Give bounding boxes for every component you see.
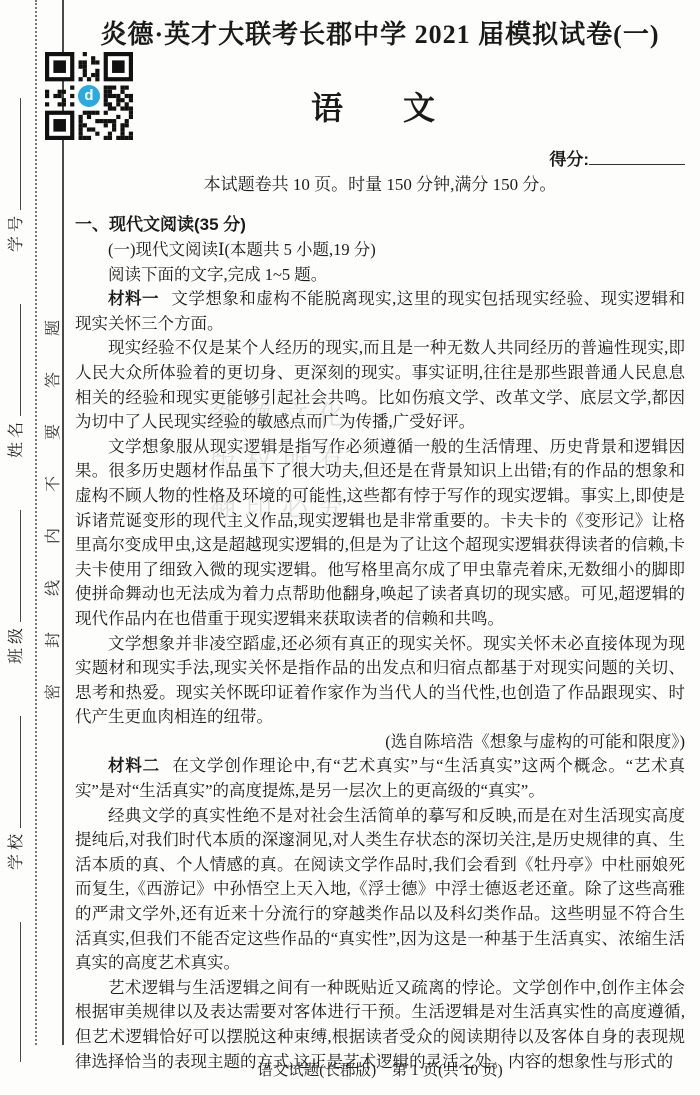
student-info-blank[interactable] (5, 510, 21, 622)
seal-dotted-line (35, 0, 37, 1045)
subject-title: 语 文 (75, 83, 685, 129)
score-row: 得分: (75, 145, 685, 167)
material2-label: 材料二 (108, 757, 160, 775)
student-info-blank[interactable] (5, 922, 21, 1062)
material1-intro-text: 文学想象和虚构不能脱离现实,这里的现实包括现实经验、现实逻辑和现实关怀三个方面。 (75, 289, 685, 333)
student-info-label: 班级 (8, 624, 25, 664)
material2-paragraph: 艺术逻辑与生活逻辑之间有一种既贴近又疏离的悖论。文学创作中,创作主体会根据审美规… (75, 976, 685, 1074)
material1-label: 材料一 (108, 290, 159, 308)
material1-paragraph: 文学想象服从现实逻辑是指写作必须遵循一般的生活情理、历史背景和逻辑因果。很多历史… (75, 435, 685, 632)
subsection-heading: (一)现代文阅读Ⅰ(本题共 5 小题,19 分) (75, 238, 685, 263)
exam-instructions: 本试题卷共 10 页。时量 150 分钟,满分 150 分。 (75, 170, 685, 195)
score-label: 得分: (549, 150, 589, 169)
material1-intro-paragraph: 材料一文学想象和虚构不能脱离现实,这里的现实包括现实经验、现实逻辑和现实关怀三个… (75, 287, 685, 336)
material1-attribution: (选自陈培浩《想象与虚构的可能和限度》) (75, 730, 685, 755)
exam-page: 学校班级姓名学号 密封线内不要答题 炎德文化版权所有翻印必究 d 炎德·英才大联… (0, 0, 700, 1095)
paper-title: 炎德·英才大联考长郡中学 2021 届模拟试卷(一) (75, 14, 685, 51)
student-info-label: 学校 (8, 830, 25, 870)
student-info-blank[interactable] (5, 716, 21, 828)
reading-instruction: 阅读下面的文字,完成 1~5 题。 (75, 263, 685, 288)
score-blank-field[interactable] (589, 148, 685, 165)
material1-paragraph: 文学想象并非凌空蹈虚,还必须有真正的现实关怀。现实关怀未必直接体现为现实题材和现… (75, 632, 685, 730)
student-info-label: 姓名 (8, 418, 25, 458)
student-info-fields: 学校班级姓名学号 (3, 112, 26, 1062)
section-heading: 一、现代文阅读(35 分) (75, 210, 685, 235)
material2-paragraph: 经典文学的真实性绝不是对社会生活简单的摹写和反映,而是在对生活现实高度提纯后,对… (75, 804, 685, 976)
student-info-blank[interactable] (5, 98, 21, 210)
seal-text: 密封线内不要答题 (40, 220, 63, 700)
material1-paragraph: 现实经验不仅是某个人经历的现实,而且是一种无数人共同经历的普遍性现实,即人民大众… (75, 336, 685, 434)
student-info-label: 学号 (8, 212, 25, 252)
material2-intro-text: 在文学创作理论中,有“艺术真实”与“生活真实”这两个概念。“艺术真实”是对“生活… (75, 756, 685, 800)
material2-intro-paragraph: 材料二在文学创作理论中,有“艺术真实”与“生活真实”这两个概念。“艺术真实”是对… (75, 754, 685, 803)
student-info-blank[interactable] (5, 304, 21, 416)
